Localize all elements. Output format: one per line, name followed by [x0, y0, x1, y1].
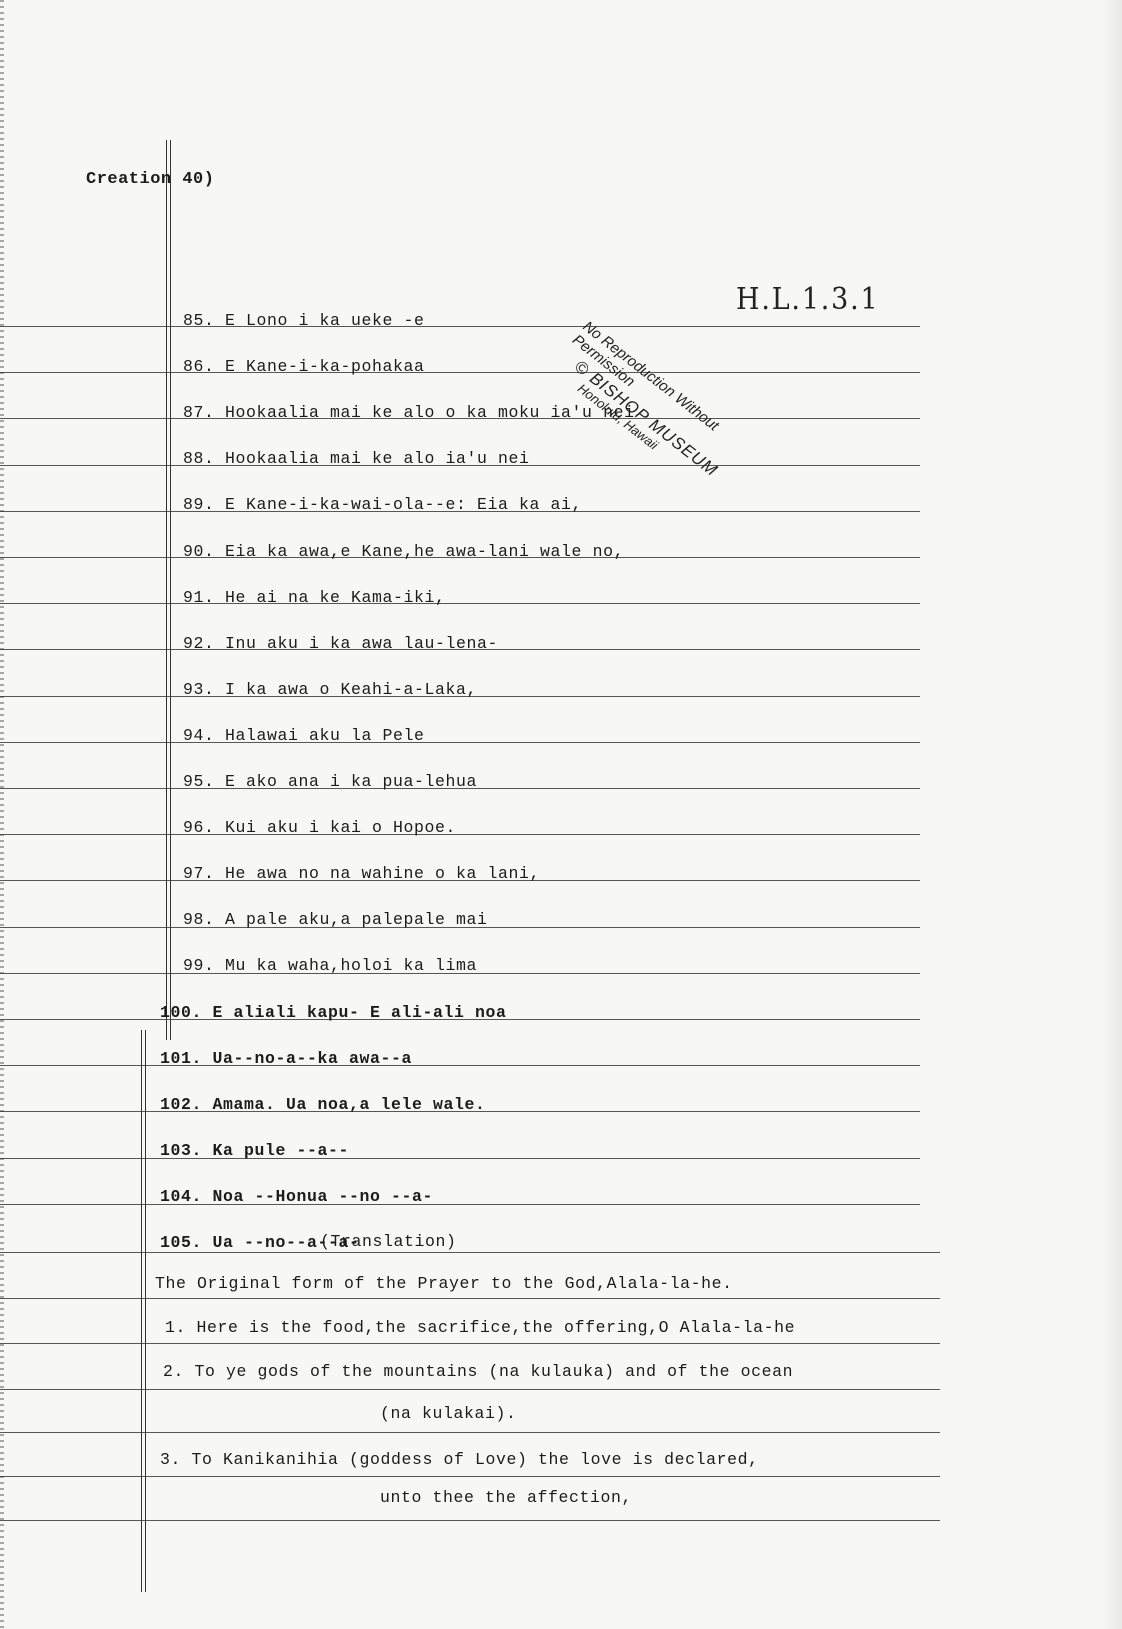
ruled-line: [0, 1065, 920, 1066]
margin-line: [141, 1030, 142, 1592]
chant-line: 89. E Kane-i-ka-wai-ola--e: Eia ka ai,: [183, 495, 582, 514]
ruled-line: [0, 1389, 940, 1390]
page-header: Creation 40): [86, 170, 214, 189]
chant-line: 87. Hookaalia mai ke alo o ka moku ia'u …: [183, 403, 635, 422]
ruled-line: [0, 1158, 920, 1159]
chant-line: 86. E Kane-i-ka-pohakaa: [183, 357, 425, 376]
ruled-line: [0, 742, 920, 743]
ruled-line: [0, 372, 920, 373]
ruled-line: [0, 1432, 940, 1433]
chant-line: 102. Amama. Ua noa,a lele wale.: [160, 1095, 486, 1114]
translation-line: unto thee the affection,: [380, 1488, 632, 1507]
margin-line: [166, 140, 167, 1040]
ruled-line: [0, 1298, 940, 1299]
chant-line: 99. Mu ka waha,holoi ka lima: [183, 956, 477, 975]
translation-line: 1. Here is the food,the sacrifice,the of…: [165, 1318, 795, 1337]
chant-line: 91. He ai na ke Kama-iki,: [183, 588, 446, 607]
catalog-number: H.L.1.3.1: [736, 282, 880, 317]
chant-line: 92. Inu aku i ka awa lau-lena-: [183, 634, 498, 653]
ruled-line: [0, 603, 920, 604]
chant-line: 96. Kui aku i kai o Hopoe.: [183, 818, 456, 837]
margin-line: [170, 140, 171, 1040]
scan-shadow: [1100, 0, 1122, 1629]
translation-line: 2. To ye gods of the mountains (na kulau…: [163, 1362, 793, 1381]
ruled-line: [0, 1520, 940, 1521]
chant-line: 97. He awa no na wahine o ka lani,: [183, 864, 540, 883]
chant-line: 94. Halawai aku la Pele: [183, 726, 425, 745]
ruled-line: [0, 834, 920, 835]
chant-line: 95. E ako ana i ka pua-lehua: [183, 772, 477, 791]
scan-edge: [0, 0, 4, 1629]
translation-title: The Original form of the Prayer to the G…: [155, 1274, 733, 1293]
ruled-line: [0, 1204, 920, 1205]
ruled-line: [0, 1252, 940, 1253]
ruled-line: [0, 1343, 940, 1344]
chant-line: 85. E Lono i ka ueke -e: [183, 311, 425, 330]
translation-line: (na kulakai).: [380, 1404, 517, 1423]
chant-line: 93. I ka awa o Keahi-a-Laka,: [183, 680, 477, 699]
chant-line: 103. Ka pule --a--: [160, 1141, 349, 1160]
translation-heading: (Translation): [320, 1232, 457, 1251]
chant-line: 88. Hookaalia mai ke alo ia'u nei: [183, 449, 530, 468]
chant-line: 100. E aliali kapu- E ali-ali noa: [160, 1003, 507, 1022]
chant-line: 90. Eia ka awa,e Kane,he awa-lani wale n…: [183, 542, 624, 561]
chant-line: 98. A pale aku,a palepale mai: [183, 910, 488, 929]
document-page: Creation 40) H.L.1.3.1 No Reproduction W…: [0, 0, 1122, 1629]
chant-line: 104. Noa --Honua --no --a-: [160, 1187, 433, 1206]
ruled-line: [0, 326, 920, 327]
chant-line: 101. Ua--no-a--ka awa--a: [160, 1049, 412, 1068]
ruled-line: [0, 1476, 940, 1477]
margin-line: [145, 1030, 146, 1592]
translation-line: 3. To Kanikanihia (goddess of Love) the …: [160, 1450, 759, 1469]
